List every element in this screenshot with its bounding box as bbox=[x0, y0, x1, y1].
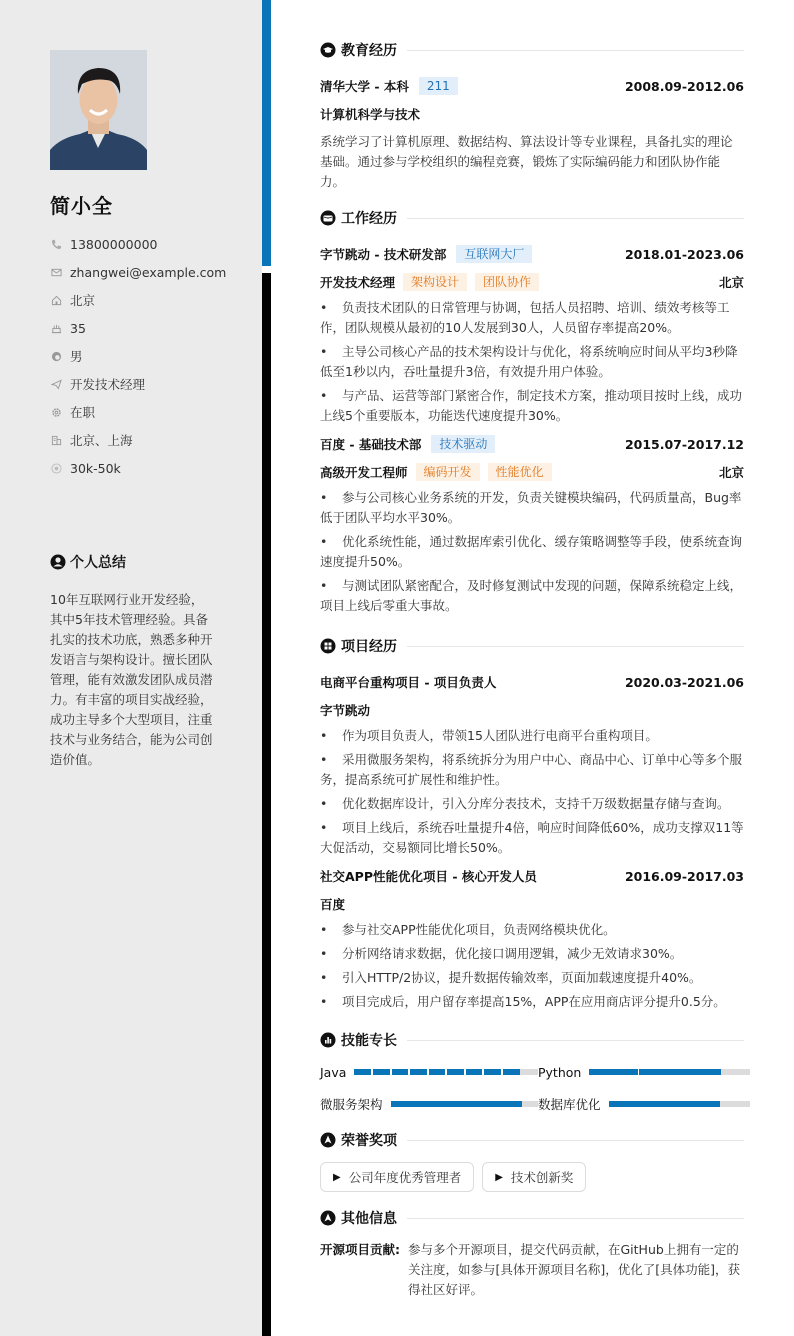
education-section: 教育经历 清华大学 - 本科 211 2008.09-2012.06 计算机科学… bbox=[320, 38, 744, 192]
list-item: •引入HTTP/2协议，提升数据传输效率，页面加载速度提升40%。 bbox=[320, 968, 744, 988]
role-tag: 编码开发 bbox=[416, 463, 480, 481]
candidate-name: 简小全 bbox=[50, 190, 113, 219]
bar-chart-icon bbox=[320, 1032, 336, 1048]
list-item: •项目完成后，用户留存率提高15%，APP在应用商店评分提升0.5分。 bbox=[320, 992, 744, 1012]
cake-icon bbox=[50, 322, 62, 334]
work-section: 工作经历 字节跳动 - 技术研发部 互联网大厂 2018.01-2023.06 … bbox=[320, 206, 744, 616]
sidebar: 简小全 13800000000 zhangwei@example.com 北京 … bbox=[0, 0, 262, 1336]
skill-java: Java bbox=[320, 1062, 538, 1082]
awards-section: 荣誉奖项 ▶公司年度优秀管理者 ▶技术创新奖 bbox=[320, 1128, 744, 1192]
contact-gender: 男 bbox=[50, 342, 250, 370]
settings-icon bbox=[50, 406, 62, 418]
gender-icon bbox=[50, 350, 62, 362]
list-item: •主导公司核心产品的技术架构设计与优化，将系统响应时间从平均3秒降低至1秒以内，… bbox=[320, 342, 744, 382]
graduation-cap-icon bbox=[320, 42, 336, 58]
list-item: •优化系统性能，通过数据库索引优化、缓存策略调整等手段，使系统查询速度提升50%… bbox=[320, 532, 744, 572]
projects-title: 项目经历 bbox=[341, 636, 397, 656]
award-icon bbox=[320, 1132, 336, 1148]
company-tag: 技术驱动 bbox=[431, 435, 495, 453]
home-icon bbox=[50, 294, 62, 306]
contact-list: 13800000000 zhangwei@example.com 北京 35 男… bbox=[50, 230, 250, 482]
contact-position: 开发技术经理 bbox=[50, 370, 250, 398]
phone-icon bbox=[50, 238, 62, 250]
role: 高级开发工程师 bbox=[320, 463, 408, 481]
list-item: •参与社交APP性能优化项目，负责网络模块优化。 bbox=[320, 920, 744, 940]
contact-age: 35 bbox=[50, 314, 250, 342]
list-item: •参与公司核心业务系统的开发，负责关键模块编码，代码质量高，Bug率低于团队平均… bbox=[320, 488, 744, 528]
summary-text: 10年互联网行业开发经验，其中5年技术管理经验。具备扎实的技术功底，熟悉多种开发… bbox=[50, 590, 214, 770]
project-item: 社交APP性能优化项目 - 核心开发人员 2016.09-2017.03 百度 … bbox=[320, 862, 744, 1012]
play-icon: ▶ bbox=[495, 1172, 503, 1183]
main-content: 教育经历 清华大学 - 本科 211 2008.09-2012.06 计算机科学… bbox=[320, 38, 744, 1300]
open-source-row: 开源项目贡献: 参与多个开源项目，提交代码贡献，在GitHub上拥有一定的关注度… bbox=[320, 1240, 744, 1300]
list-item: •作为项目负责人，带领15人团队进行电商平台重构项目。 bbox=[320, 726, 744, 746]
accent-bar bbox=[262, 0, 271, 266]
role-tag: 架构设计 bbox=[403, 273, 467, 291]
profile-photo bbox=[50, 50, 147, 170]
contact-email: zhangwei@example.com bbox=[50, 258, 250, 286]
company-tag: 互联网大厂 bbox=[456, 245, 532, 263]
major: 计算机科学与技术 bbox=[320, 105, 420, 123]
role: 开发技术经理 bbox=[320, 273, 395, 291]
list-item: •分析网络请求数据，优化接口调用逻辑，减少无效请求30%。 bbox=[320, 944, 744, 964]
play-icon: ▶ bbox=[333, 1172, 341, 1183]
money-icon bbox=[50, 462, 62, 474]
award-badge: ▶技术创新奖 bbox=[482, 1162, 586, 1192]
role-tag: 团队协作 bbox=[475, 273, 539, 291]
list-item: •项目上线后，系统吞吐量提升4倍，响应时间降低60%，成功支撑双11等大促活动，… bbox=[320, 818, 744, 858]
summary-heading: 个人总结 bbox=[50, 552, 214, 572]
work-item: 百度 - 基础技术部 技术驱动 2015.07-2017.12 高级开发工程师 … bbox=[320, 430, 744, 616]
list-item: •与测试团队紧密配合，及时修复测试中发现的问题，保障系统稳定上线，项目上线后零重… bbox=[320, 576, 744, 616]
list-item: •优化数据库设计，引入分库分表技术，支持千万级数据量存储与查询。 bbox=[320, 794, 744, 814]
other-section: 其他信息 开源项目贡献: 参与多个开源项目，提交代码贡献，在GitHub上拥有一… bbox=[320, 1206, 744, 1300]
role-tag: 性能优化 bbox=[488, 463, 552, 481]
skills-section: 技能专长 Java Python 微服务架构 数据库优化 bbox=[320, 1028, 744, 1114]
summary-section: 个人总结 10年互联网行业开发经验，其中5年技术管理经验。具备扎实的技术功底，熟… bbox=[50, 552, 214, 770]
education-description: 系统学习了计算机原理、数据结构、算法设计等专业课程，具备扎实的理论基础。通过参与… bbox=[320, 132, 744, 192]
skill-database: 数据库优化 bbox=[538, 1094, 750, 1114]
award-icon bbox=[320, 1210, 336, 1226]
send-icon bbox=[50, 378, 62, 390]
location: 北京 bbox=[719, 463, 744, 481]
user-circle-icon bbox=[50, 554, 66, 570]
award-badge: ▶公司年度优秀管理者 bbox=[320, 1162, 474, 1192]
contact-salary: 30k-50k bbox=[50, 454, 250, 482]
project-item: 电商平台重构项目 - 项目负责人 2020.03-2021.06 字节跳动 •作… bbox=[320, 668, 744, 858]
school-tag: 211 bbox=[419, 77, 458, 95]
education-title: 教育经历 bbox=[341, 40, 397, 60]
awards-title: 荣誉奖项 bbox=[341, 1130, 397, 1150]
list-item: •负责技术团队的日常管理与协调，包括人员招聘、培训、绩效考核等工作，团队规模从最… bbox=[320, 298, 744, 338]
contact-city: 北京 bbox=[50, 286, 250, 314]
projects-section: 项目经历 电商平台重构项目 - 项目负责人 2020.03-2021.06 字节… bbox=[320, 634, 744, 1012]
mail-icon bbox=[50, 266, 62, 278]
list-item: •与产品、运营等部门紧密合作，制定技术方案，推动项目按时上线，成功上线5个重要版… bbox=[320, 386, 744, 426]
skills-title: 技能专长 bbox=[341, 1030, 397, 1050]
contact-work-city: 北京、上海 bbox=[50, 426, 250, 454]
education-date: 2008.09-2012.06 bbox=[625, 79, 744, 94]
contact-phone: 13800000000 bbox=[50, 230, 250, 258]
briefcase-icon bbox=[320, 210, 336, 226]
skill-python: Python bbox=[538, 1062, 750, 1082]
location: 北京 bbox=[719, 273, 744, 291]
building-icon bbox=[50, 434, 62, 446]
work-title: 工作经历 bbox=[341, 208, 397, 228]
contact-status: 在职 bbox=[50, 398, 250, 426]
list-item: •采用微服务架构，将系统拆分为用户中心、商品中心、订单中心等多个服务，提高系统可… bbox=[320, 750, 744, 790]
school-name: 清华大学 - 本科 bbox=[320, 77, 409, 95]
divider-bar bbox=[262, 273, 271, 1336]
grid-icon bbox=[320, 638, 336, 654]
work-item: 字节跳动 - 技术研发部 互联网大厂 2018.01-2023.06 开发技术经… bbox=[320, 240, 744, 426]
skill-microservices: 微服务架构 bbox=[320, 1094, 538, 1114]
other-title: 其他信息 bbox=[341, 1208, 397, 1228]
